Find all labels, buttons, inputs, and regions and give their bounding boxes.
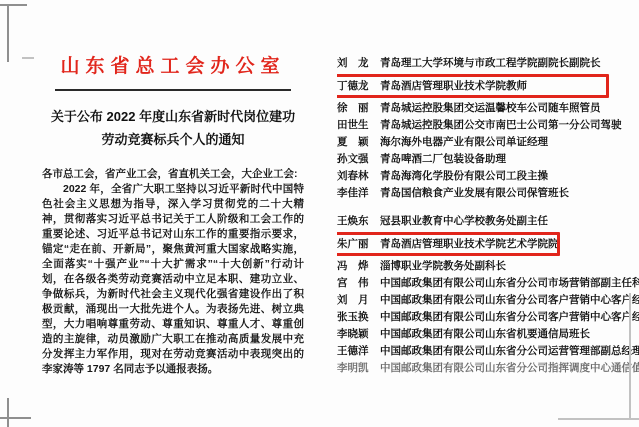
person-name: 刘春林 [337, 168, 371, 185]
notice-title: 关于公布 2022 年度山东省新时代岗位建功 劳动竞赛标兵个人的通知 [42, 105, 304, 151]
person-name: 李明凯 [337, 360, 371, 377]
person-name: 丁德龙 [337, 77, 371, 95]
person-name: 孙文强 [337, 151, 371, 168]
list-item: 李佳洋青岛国信粮食产业发展有限公司保管班长 [337, 185, 639, 202]
notice-body: 各市总工会，省产业工会，省直机关工会，大企业工会: 2022 年，全省广大职工坚… [42, 167, 304, 377]
person-name: 王焕东 [337, 213, 371, 230]
person-title: 海尔海外电器产业有限公司单证经理 [380, 136, 548, 148]
salutation: 各市总工会，省产业工会，省直机关工会，大企业工会: [42, 167, 304, 182]
person-title: 中国邮政集团有限公司山东省分公司客户营销中心客户经理 [380, 311, 639, 323]
person-title: 青岛城运控股集团交运温馨校车公司随车照管员 [380, 102, 601, 114]
scan-mark-bottom-left-v [7, 398, 9, 427]
list-item: 王焕东冠县职业教育中心学校教务处副主任 [337, 213, 639, 230]
person-title: 青岛海湾化学股份有限公司工段主操 [380, 170, 548, 182]
person-title: 青岛国信粮食产业发展有限公司保管班长 [380, 187, 569, 199]
person-title: 青岛理工大学环境与市政工程学院副院长副院长 [380, 57, 601, 69]
header-underline [55, 89, 291, 91]
list-item: 李晓颖中国邮政集团有限公司山东省机要通信局班长 [337, 326, 639, 343]
person-name: 王德洋 [337, 343, 371, 360]
list-item-highlighted: 朱广丽青岛酒店管理职业技术学院艺术学院院长 [337, 232, 560, 256]
person-title: 青岛酒店管理职业技术学院艺术学院院长 [380, 238, 560, 250]
person-name: 夏 颖 [337, 134, 371, 151]
scan-mark-top-left-h [0, 4, 27, 6]
person-name: 李晓颖 [337, 326, 371, 343]
person-name: 宫 伟 [337, 275, 371, 292]
scan-mark-left-dash [22, 57, 34, 59]
notice-document: 山东省总工会办公室 关于公布 2022 年度山东省新时代岗位建功 劳动竞赛标兵个… [42, 55, 304, 377]
list-item: 徐 丽青岛城运控股集团交运温馨校车公司随车照管员 [337, 100, 639, 117]
person-name: 李佳洋 [337, 185, 371, 202]
list-item: 孙文强青岛啤酒二厂包装设备助理 [337, 151, 639, 168]
person-name: 刘 月 [337, 292, 371, 309]
person-title: 中国邮政集团有限公司山东省分公司运营管理部副总经理 [380, 345, 639, 357]
person-name: 刘 龙 [337, 55, 371, 72]
notice-title-line1: 关于公布 2022 年度山东省新时代岗位建功 [42, 105, 304, 128]
list-item: 冯 烨淄博职业学院教务处副科长 [337, 258, 639, 275]
issuing-office-title: 山东省总工会办公室 [42, 55, 304, 79]
list-item: 宫 伟中国邮政集团有限公司山东省分公司市场营销部副主任科员 [337, 275, 639, 292]
scan-mark-bottom-right-v [629, 293, 631, 420]
list-item: 刘 龙青岛理工大学环境与市政工程学院副院长副院长 [337, 55, 639, 72]
list-item: 夏 颖海尔海外电器产业有限公司单证经理 [337, 134, 639, 151]
person-title: 中国邮政集团有限公司山东省分公司客户营销中心客户经理 [380, 294, 639, 306]
person-title: 青岛酒店管理职业技术学院教师 [380, 80, 527, 92]
scan-mark-bottom-right-h [558, 418, 639, 420]
person-title: 中国邮政集团有限公司山东省机要通信局班长 [380, 328, 590, 340]
person-name: 朱广丽 [337, 235, 371, 253]
person-title: 青岛城运控股集团公交市南巴士公司第一分公司驾驶 [380, 119, 622, 131]
person-title: 淄博职业学院教务处副科长 [380, 260, 506, 272]
person-title: 冠县职业教育中心学校教务处副主任 [380, 215, 548, 227]
list-item: 王德洋中国邮政集团有限公司山东省分公司运营管理部副总经理 [337, 343, 639, 360]
list-item: 刘春林青岛海湾化学股份有限公司工段主操 [337, 168, 639, 185]
person-title: 中国邮政集团有限公司山东省分公司指挥调度中心通信值班员 [380, 362, 639, 374]
scan-mark-bottom-left-h [0, 417, 31, 419]
person-name: 田世生 [337, 117, 371, 134]
list-item: 李明凯中国邮政集团有限公司山东省分公司指挥调度中心通信值班员 [337, 360, 639, 377]
list-item: 张玉换中国邮政集团有限公司山东省分公司客户营销中心客户经理 [337, 309, 639, 326]
list-item: 田世生青岛城运控股集团公交市南巴士公司第一分公司驾驶 [337, 117, 639, 134]
person-title: 中国邮政集团有限公司山东省分公司市场营销部副主任科员 [380, 277, 639, 289]
scan-mark-top-left-v [7, 4, 9, 62]
person-title: 青岛啤酒二厂包装设备助理 [380, 153, 506, 165]
person-name: 徐 丽 [337, 100, 371, 117]
notice-title-line2: 劳动竞赛标兵个人的通知 [42, 128, 304, 151]
list-item: 刘 月中国邮政集团有限公司山东省分公司客户营销中心客户经理 [337, 292, 639, 309]
person-name: 张玉换 [337, 309, 371, 326]
honoree-roster: 刘 龙青岛理工大学环境与市政工程学院副院长副院长 丁德龙青岛酒店管理职业技术学院… [337, 55, 639, 377]
person-name: 冯 烨 [337, 258, 371, 275]
list-item-highlighted: 丁德龙青岛酒店管理职业技术学院教师 [337, 74, 609, 98]
body-paragraph: 2022 年，全省广大职工坚持以习近平新时代中国特色社会主义思想为指导，深入学习… [42, 182, 304, 377]
